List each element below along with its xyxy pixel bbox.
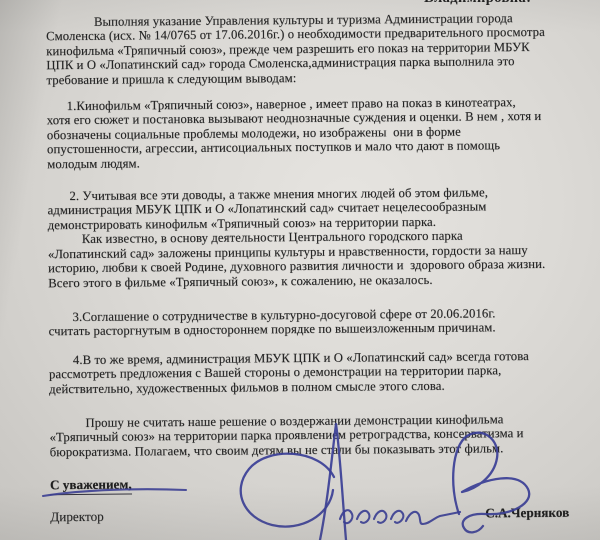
salutation-text: Владимировна!: [424, 0, 574, 7]
letter-photo: Владимировна! Выполняя указание Управлен…: [0, 0, 600, 540]
paragraph-point-4: 4.В то же время, администрация МБУК ЦПК …: [49, 348, 585, 396]
paragraph-point-2-continued: Как известно, в основу деятельности Цент…: [48, 228, 584, 290]
paragraph-point-3: 3.Соглашение о сотрудничестве в культурн…: [48, 305, 584, 338]
closing-salutation: С уважением,: [50, 477, 132, 496]
signer-name: С.А.Черняков: [485, 505, 569, 522]
paragraph-point-2: 2. Учитывая все эти доводы, а также мнен…: [47, 185, 583, 233]
letter-body: Выполняя указание Управления культуры и …: [0, 0, 600, 540]
salutation-clipped-fragment: Владимировна!: [424, 0, 574, 8]
paragraph-point-1: 1.Кинофильм «Тряпичный союз», наверное ,…: [47, 95, 584, 172]
signature-row: Директор С.А.Черняков: [50, 505, 586, 526]
paragraph-final: Прошу не считать наше решение о воздержа…: [49, 411, 585, 459]
signer-role: Директор: [50, 509, 104, 525]
paragraph-intro: Выполняя указание Управления культуры и …: [46, 11, 583, 88]
